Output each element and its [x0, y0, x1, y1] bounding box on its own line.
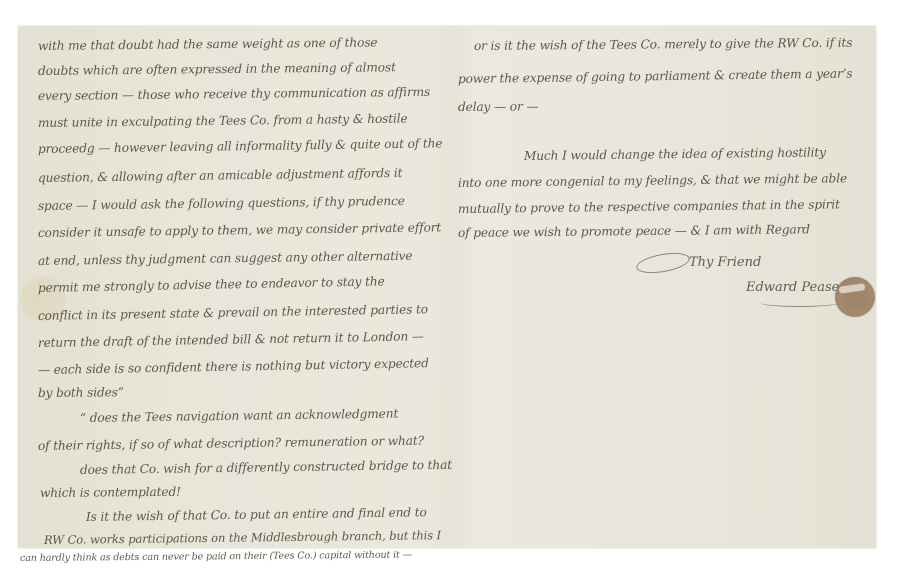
- text-line: permit me strongly to advise thee to end…: [38, 274, 385, 295]
- letter-photo: with me that doubt had the same weight a…: [0, 0, 899, 576]
- text-line: can hardly think as debts can never be p…: [20, 550, 412, 564]
- text-line: return the draft of the intended bill & …: [38, 329, 424, 350]
- text-line: delay — or —: [458, 99, 539, 114]
- text-line: does that Co. wish for a differently con…: [80, 458, 452, 477]
- text-line: power the expense of going to parliament…: [458, 66, 853, 86]
- text-line: every section — those who receive thy co…: [38, 85, 430, 103]
- text-line: — each side is so confident there is not…: [38, 356, 429, 377]
- text-line: proceedg — however leaving all informali…: [38, 136, 443, 156]
- signature-text: Edward Pease: [746, 280, 839, 295]
- text-line: doubts which are often expressed in the …: [38, 60, 396, 78]
- text-line: must unite in exculpating the Tees Co. f…: [38, 111, 408, 130]
- closing-text: Thy Friend: [689, 255, 761, 270]
- left-page: with me that doubt had the same weight a…: [18, 26, 452, 548]
- flourish-icon: [635, 249, 691, 276]
- text-line: mutually to prove to the respective comp…: [458, 197, 840, 216]
- text-line: space — I would ask the following questi…: [38, 194, 405, 213]
- text-line: with me that doubt had the same weight a…: [38, 35, 378, 53]
- text-line: into one more congenial to my feelings, …: [458, 171, 847, 190]
- text-line: question, & allowing after an amicable a…: [38, 166, 403, 185]
- right-page: or is it the wish of the Tees Co. merely…: [454, 26, 876, 548]
- letter-paper: with me that doubt had the same weight a…: [18, 26, 876, 548]
- text-line: of their rights, if so of what descripti…: [38, 434, 424, 453]
- text-line: which is contemplated!: [40, 485, 181, 500]
- text-line: Is it the wish of that Co. to put an ent…: [86, 505, 427, 524]
- text-line: or is it the wish of the Tees Co. merely…: [474, 36, 852, 53]
- text-line: RW Co. works participations on the Middl…: [44, 528, 441, 547]
- text-line: at end, unless thy judgment can suggest …: [38, 249, 413, 268]
- text-line: of peace we wish to promote peace — & I …: [458, 222, 810, 240]
- text-line: Much I would change the idea of existing…: [524, 145, 826, 163]
- text-line: conflict in its present state & prevail …: [38, 302, 428, 323]
- text-line: consider it unsafe to apply to them, we …: [38, 220, 441, 240]
- wax-seal: [835, 277, 875, 317]
- signature-underline-icon: [759, 298, 839, 307]
- text-line: “ does the Tees navigation want an ackno…: [80, 407, 398, 425]
- text-line: by both sides”: [38, 385, 124, 400]
